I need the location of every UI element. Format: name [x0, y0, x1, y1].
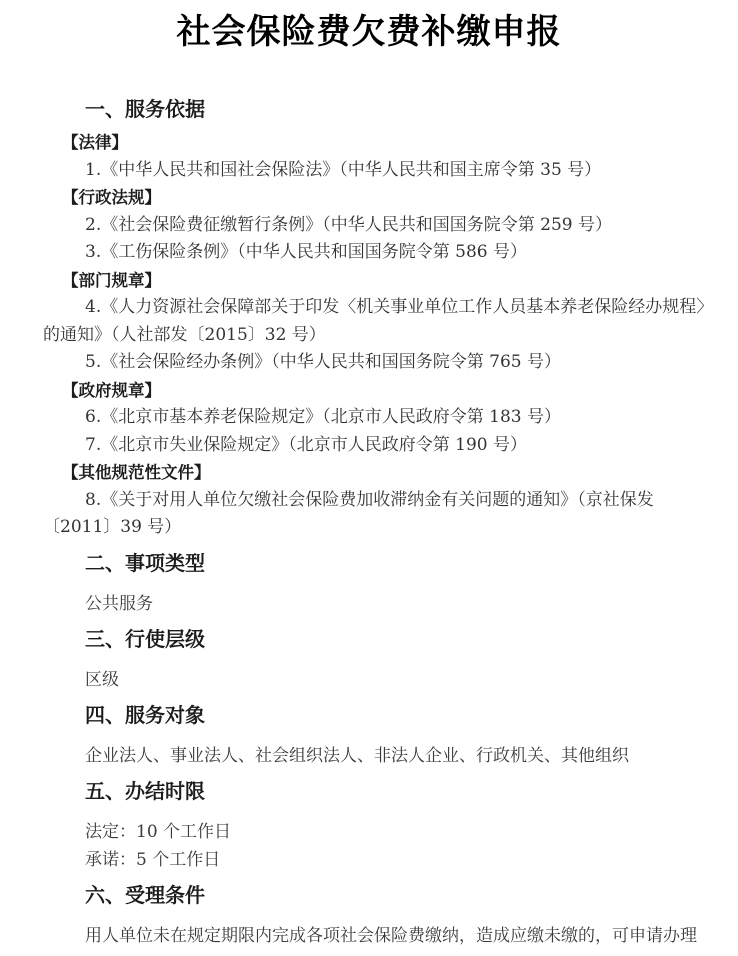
law-item: 5.《社会保险经办条例》（中华人民共和国国务院令第 765 号） — [43, 349, 730, 377]
page-title: 社会保险费欠费补缴申报 — [0, 0, 738, 54]
law-item: 2.《社会保险费征缴暂行条例》（中华人民共和国国务院令第 259 号） — [43, 212, 730, 240]
document-content: 一、服务依据 【法律】 1.《中华人民共和国社会保险法》（中华人民共和国主席令第… — [0, 98, 738, 950]
law-item: 6.《北京市基本养老保险规定》（北京市人民政府令第 183 号） — [43, 404, 730, 432]
body-text: 企业法人、事业法人、社会组织法人、非法人企业、行政机关、其他组织 — [43, 742, 730, 770]
law-item: 3.《工伤保险条例》（中华人民共和国国务院令第 586 号） — [43, 239, 730, 267]
service-basis-list: 【法律】 1.《中华人民共和国社会保险法》（中华人民共和国主席令第 35 号） … — [43, 129, 730, 542]
law-category-label: 【政府规章】 — [43, 377, 730, 405]
law-category-label: 【其他规范性文件】 — [43, 459, 730, 487]
body-text: 区级 — [43, 666, 730, 694]
statutory-time-limit: 法定：10 个工作日 — [43, 818, 730, 846]
section-body-acceptance-conditions: 用人单位未在规定期限内完成各项社会保险费缴纳，造成应缴未缴的，可申请办理 — [43, 922, 730, 950]
section-body-service-target: 企业法人、事业法人、社会组织法人、非法人企业、行政机关、其他组织 — [43, 742, 730, 770]
section-heading-item-type: 二、事项类型 — [43, 552, 730, 574]
section-heading-service-basis: 一、服务依据 — [43, 98, 730, 120]
law-item: 1.《中华人民共和国社会保险法》（中华人民共和国主席令第 35 号） — [43, 157, 730, 185]
section-heading-exercise-level: 三、行使层级 — [43, 628, 730, 650]
body-text: 公共服务 — [43, 590, 730, 618]
law-item: 4.《人力资源社会保障部关于印发〈机关事业单位工作人员基本养老保险经办规程〉 — [43, 294, 730, 322]
law-category-label: 【行政法规】 — [43, 184, 730, 212]
document-page: 社会保险费欠费补缴申报 一、服务依据 【法律】 1.《中华人民共和国社会保险法》… — [0, 0, 738, 956]
section-heading-time-limit: 五、办结时限 — [43, 780, 730, 802]
section-body-time-limit: 法定：10 个工作日 承诺：5 个工作日 — [43, 818, 730, 874]
promised-time-limit: 承诺：5 个工作日 — [43, 846, 730, 874]
section-body-exercise-level: 区级 — [43, 666, 730, 694]
section-heading-acceptance-conditions: 六、受理条件 — [43, 884, 730, 906]
law-item-continuation: 的通知》（人社部发〔2015〕32 号） — [43, 322, 730, 350]
law-category-label: 【部门规章】 — [43, 267, 730, 295]
section-body-item-type: 公共服务 — [43, 590, 730, 618]
law-category-label: 【法律】 — [43, 129, 730, 157]
law-item: 8.《关于对用人单位欠缴社会保险费加收滞纳金有关问题的通知》（京社保发 — [43, 487, 730, 515]
law-item: 7.《北京市失业保险规定》（北京市人民政府令第 190 号） — [43, 432, 730, 460]
section-heading-service-target: 四、服务对象 — [43, 704, 730, 726]
body-text: 用人单位未在规定期限内完成各项社会保险费缴纳，造成应缴未缴的，可申请办理 — [43, 922, 730, 950]
law-item-continuation: 〔2011〕39 号） — [43, 514, 730, 542]
